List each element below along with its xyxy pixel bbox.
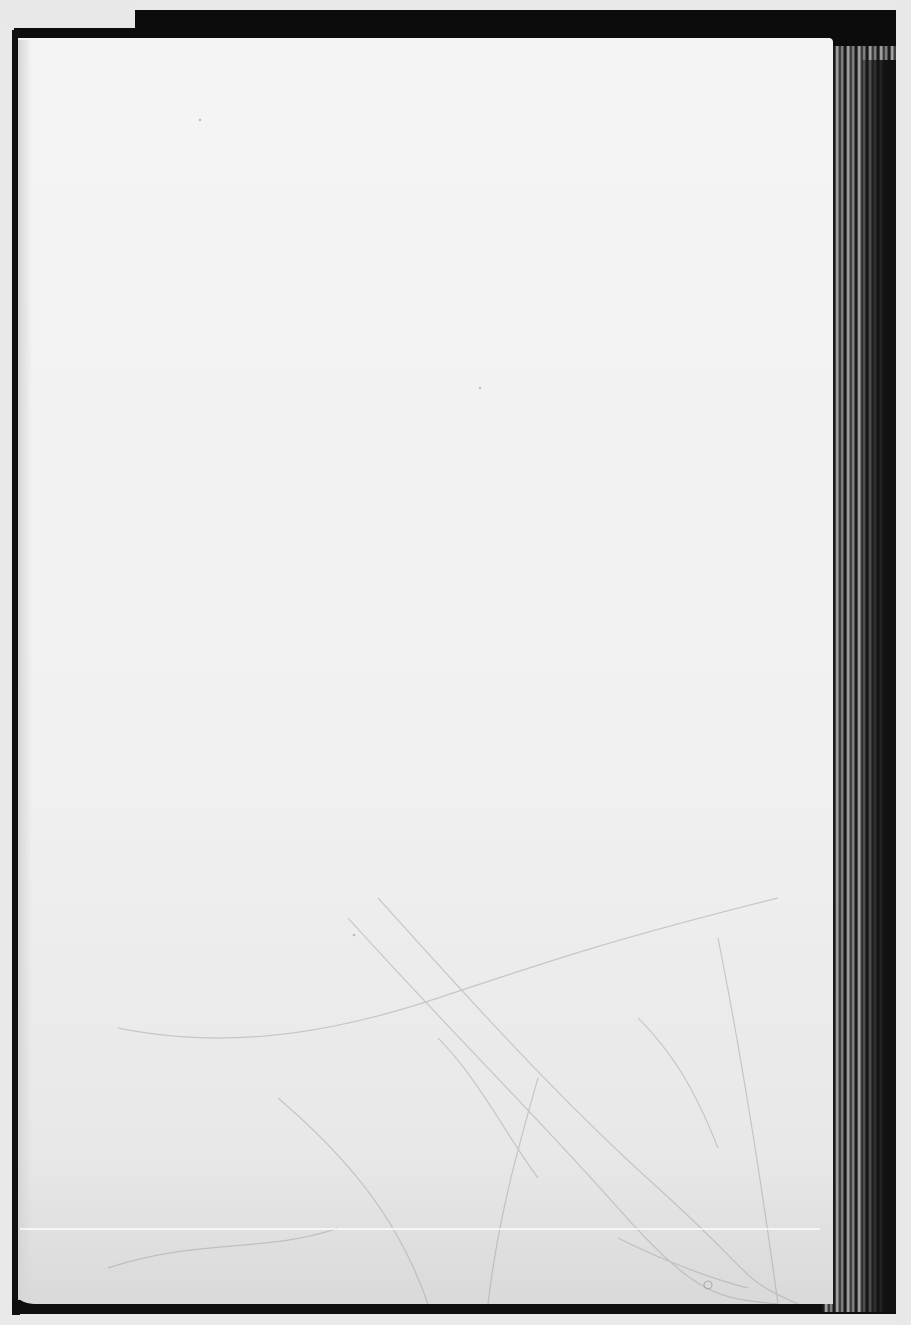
scan-artifact-line — [20, 1228, 820, 1230]
scanner-bed-corner — [0, 0, 135, 28]
page-stack-shadow — [862, 60, 896, 1312]
scanner-bed-right — [896, 0, 911, 1325]
map-show-through — [18, 38, 833, 1304]
